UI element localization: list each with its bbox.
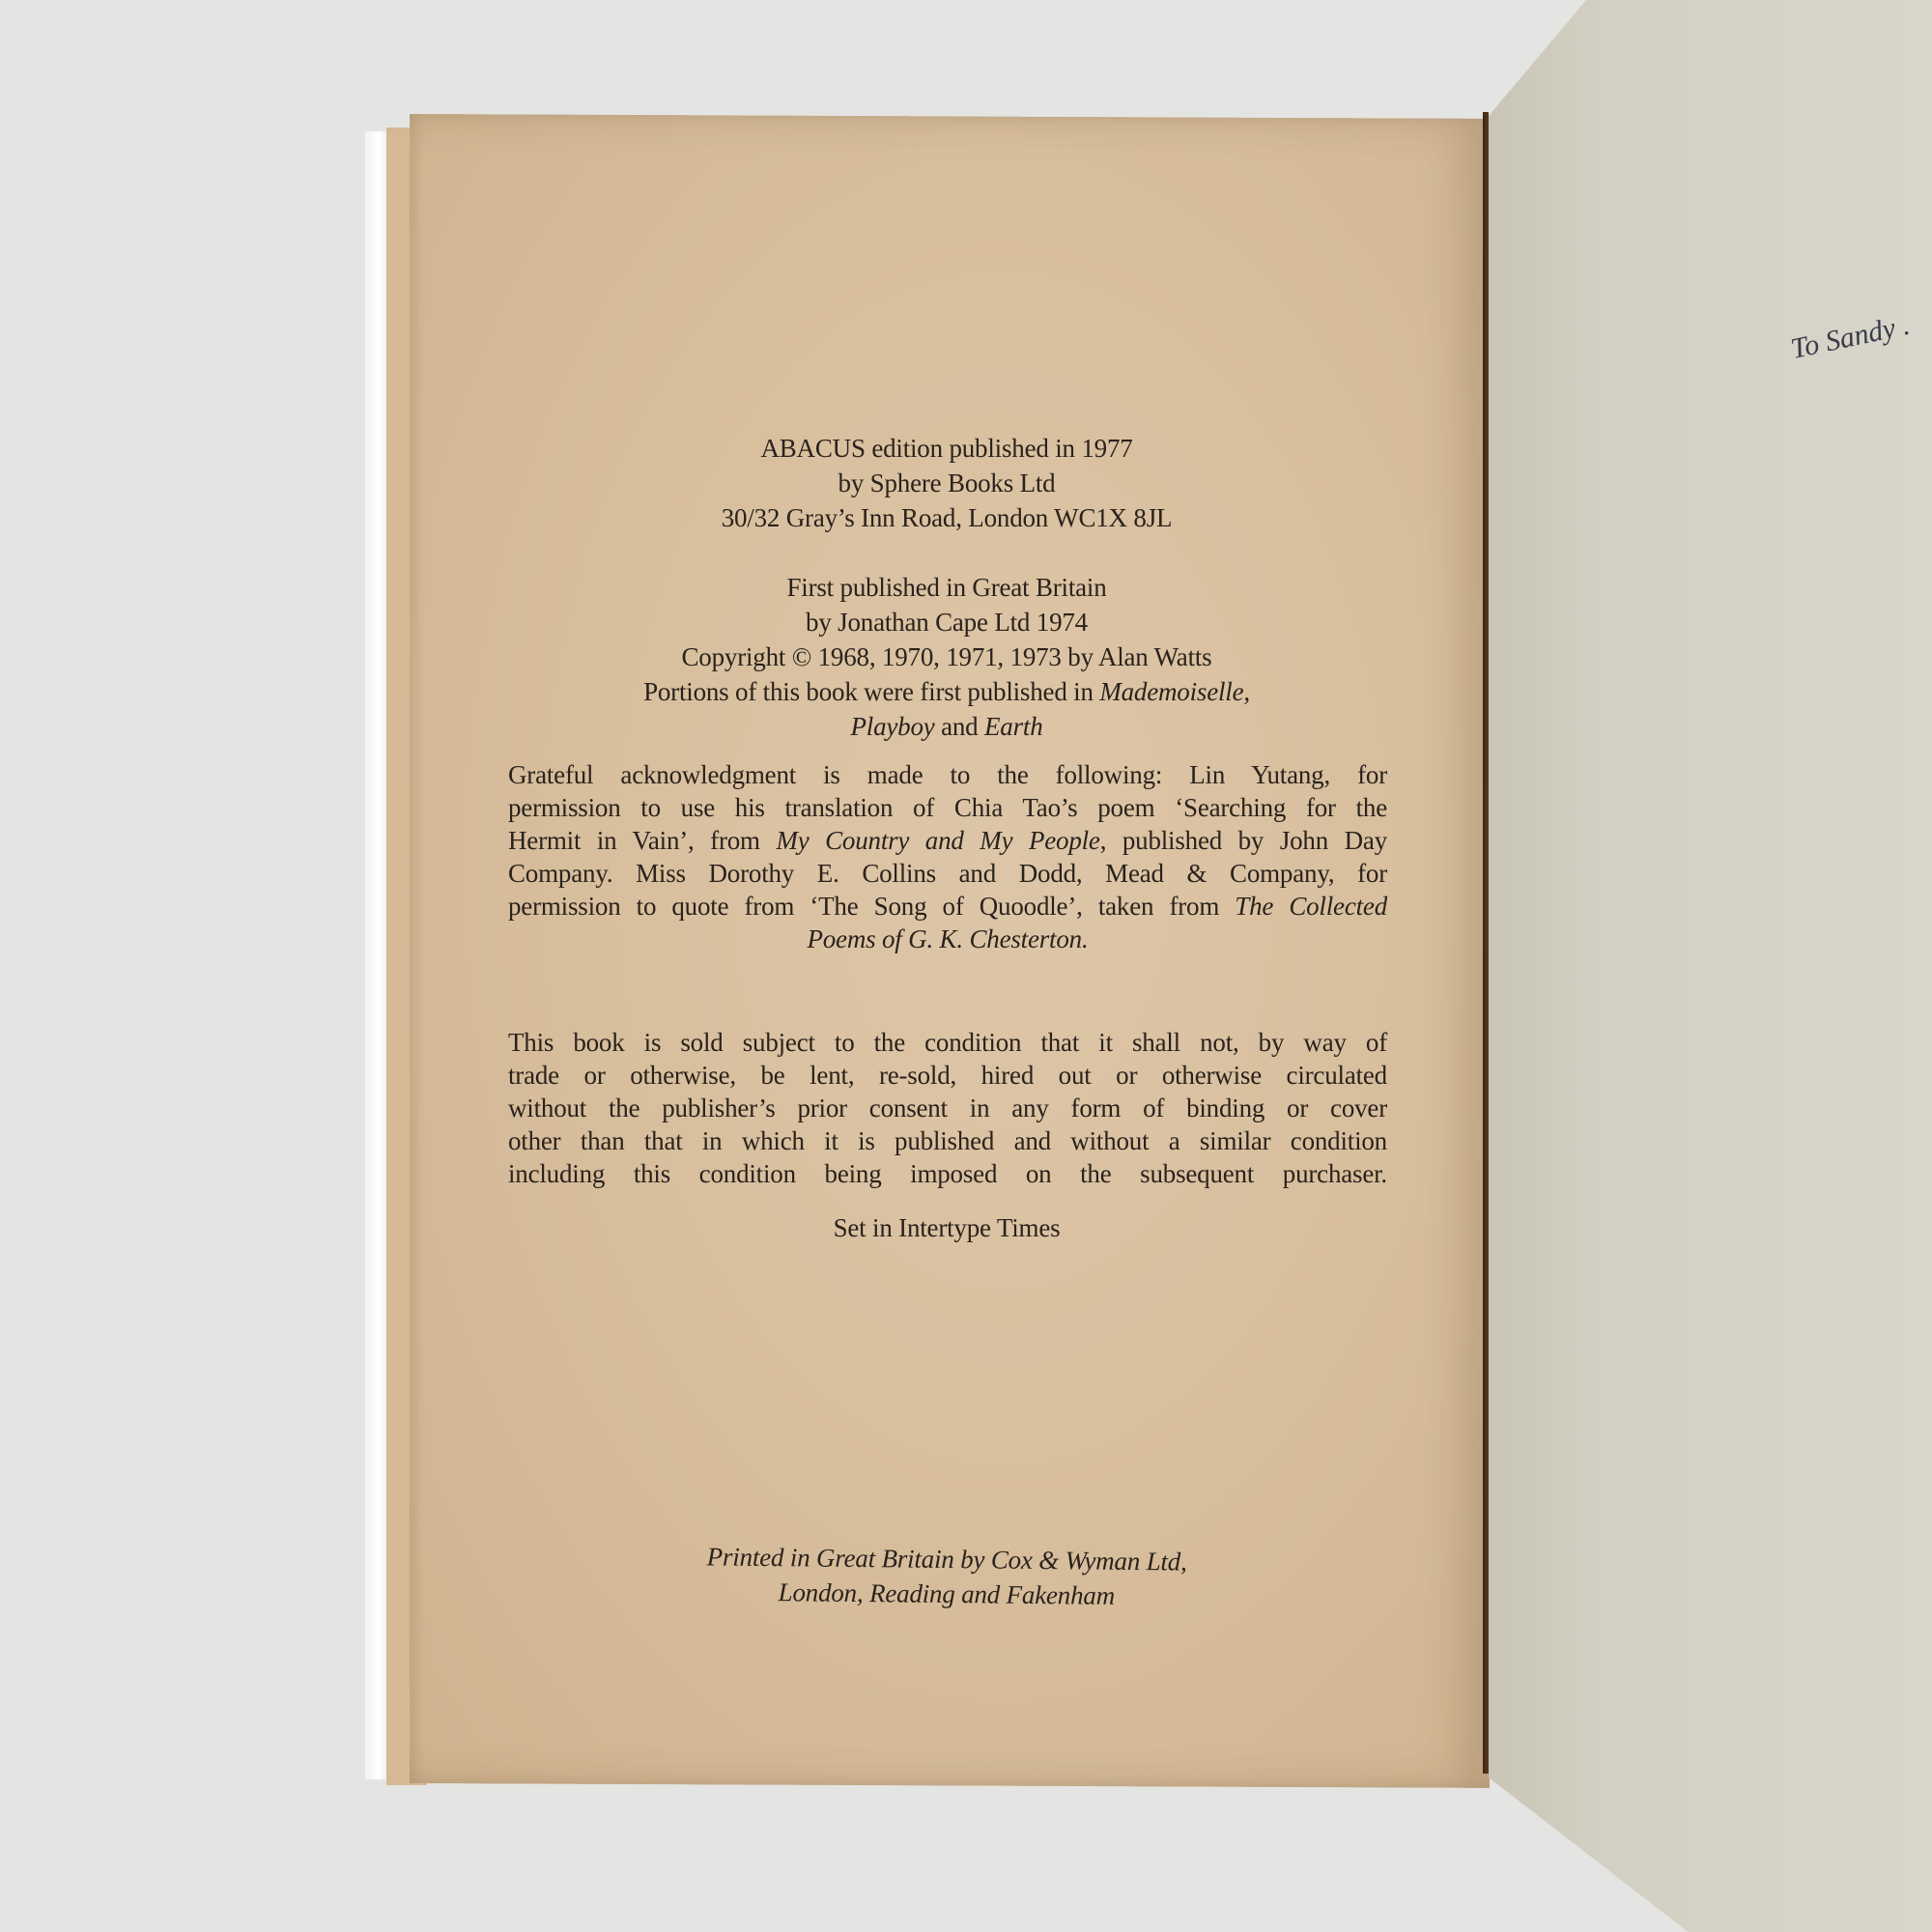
magazine-title: Playboy bbox=[850, 712, 934, 741]
first-published-line: First published in Great Britain bbox=[502, 570, 1391, 605]
condition-of-sale-paragraph: This book is sold subject to the conditi… bbox=[508, 1026, 1387, 1190]
portions-line: Portions of this book were first publish… bbox=[502, 674, 1391, 709]
publisher-info: ABACUS edition published in 1977 by Sphe… bbox=[502, 431, 1391, 535]
condition-line: This book is sold subject to the conditi… bbox=[508, 1026, 1387, 1059]
ack-line: permission to use his translation of Chi… bbox=[508, 791, 1387, 824]
book-title: The Collected bbox=[1235, 892, 1387, 921]
edition-line: ABACUS edition published in 1977 bbox=[502, 431, 1391, 466]
ack-line: Hermit in Vain’, from My Country and My … bbox=[508, 824, 1387, 857]
magazine-title: Earth bbox=[984, 712, 1043, 741]
book-title: My Country and My People bbox=[776, 826, 1099, 855]
dedication-page bbox=[1489, 0, 1932, 1932]
book-title: Poems of G. K. Chesterton. bbox=[807, 924, 1088, 953]
typeset-note: Set in Intertype Times bbox=[502, 1210, 1391, 1245]
publisher-address: 30/32 Gray’s Inn Road, London WC1X 8JL bbox=[502, 500, 1391, 535]
condition-line: without the publisher’s prior consent in… bbox=[508, 1092, 1387, 1124]
copyright-line: Copyright © 1968, 1970, 1971, 1973 by Al… bbox=[502, 639, 1391, 674]
printer-info: Printed in Great Britain by Cox & Wyman … bbox=[502, 1537, 1392, 1616]
condition-line: trade or otherwise, be lent, re-sold, hi… bbox=[508, 1059, 1387, 1092]
magazines-line: Playboy and Earth bbox=[502, 709, 1391, 744]
ack-line: Poems of G. K. Chesterton. bbox=[508, 923, 1387, 955]
first-publication-info: First published in Great Britain by Jona… bbox=[502, 570, 1391, 744]
book-gutter bbox=[1483, 112, 1489, 1774]
publisher-name: by Sphere Books Ltd bbox=[502, 466, 1391, 500]
magazine-title: Mademoiselle, bbox=[1099, 677, 1250, 706]
condition-line: other than that in which it is published… bbox=[508, 1124, 1387, 1157]
acknowledgment-paragraph: Grateful acknowledgment is made to the f… bbox=[508, 758, 1387, 955]
ack-line: Grateful acknowledgment is made to the f… bbox=[508, 758, 1387, 791]
condition-line: including this condition being imposed o… bbox=[508, 1157, 1387, 1190]
first-publisher-line: by Jonathan Cape Ltd 1974 bbox=[502, 605, 1391, 639]
ack-line: permission to quote from ‘The Song of Qu… bbox=[508, 890, 1387, 923]
book-block-edge bbox=[365, 131, 388, 1779]
ack-line: Company. Miss Dorothy E. Collins and Dod… bbox=[508, 857, 1387, 890]
book-photo-scene: ABACUS edition published in 1977 by Sphe… bbox=[0, 0, 1932, 1932]
